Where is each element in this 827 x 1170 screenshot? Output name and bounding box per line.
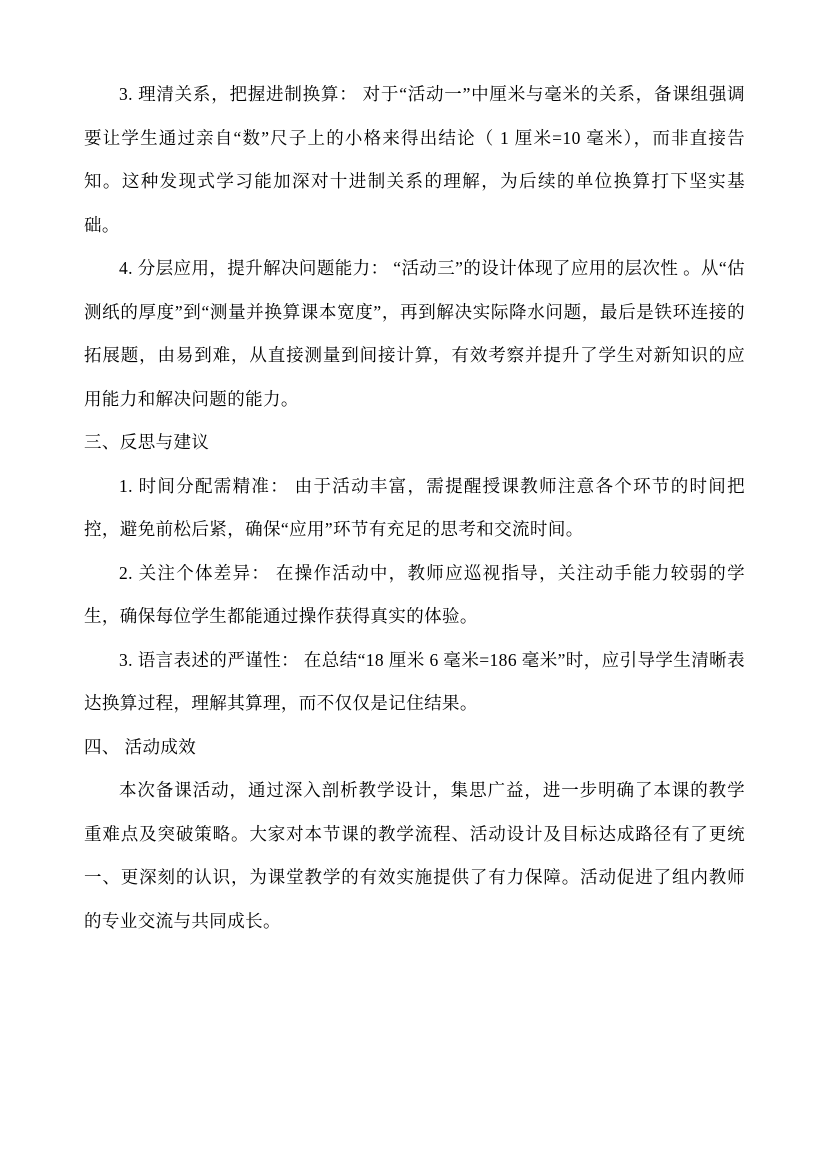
document-body: 3. 理清关系，把握进制换算： 对于“活动一”中厘米与毫米的关系，备课组强调要让… bbox=[84, 73, 745, 943]
paragraph-activity-outcome: 本次备课活动，通过深入剖析教学设计，集思广益，进一步明确了本课的教学重难点及突破… bbox=[84, 769, 745, 943]
paragraph-suggestion-1-time-allocation: 1. 时间分配需精准： 由于活动丰富，需提醒授课教师注意各个环节的时间把控，避免… bbox=[84, 465, 745, 552]
document-page: 3. 理清关系，把握进制换算： 对于“活动一”中厘米与毫米的关系，备课组强调要让… bbox=[0, 0, 827, 1170]
paragraph-point-3-decimal-conversion: 3. 理清关系，把握进制换算： 对于“活动一”中厘米与毫米的关系，备课组强调要让… bbox=[84, 73, 745, 247]
section-heading-activity-outcome: 四、 活动成效 bbox=[84, 726, 745, 770]
paragraph-suggestion-2-individual-differences: 2. 关注个体差异： 在操作活动中，教师应巡视指导，关注动手能力较弱的学生，确保… bbox=[84, 552, 745, 639]
paragraph-point-4-layered-application: 4. 分层应用，提升解决问题能力： “活动三”的设计体现了应用的层次性 。从“估… bbox=[84, 247, 745, 421]
section-heading-reflection-suggestions: 三、反思与建议 bbox=[84, 421, 745, 465]
paragraph-suggestion-3-language-rigor: 3. 语言表述的严谨性： 在总结“18 厘米 6 毫米=186 毫米”时，应引导… bbox=[84, 639, 745, 726]
